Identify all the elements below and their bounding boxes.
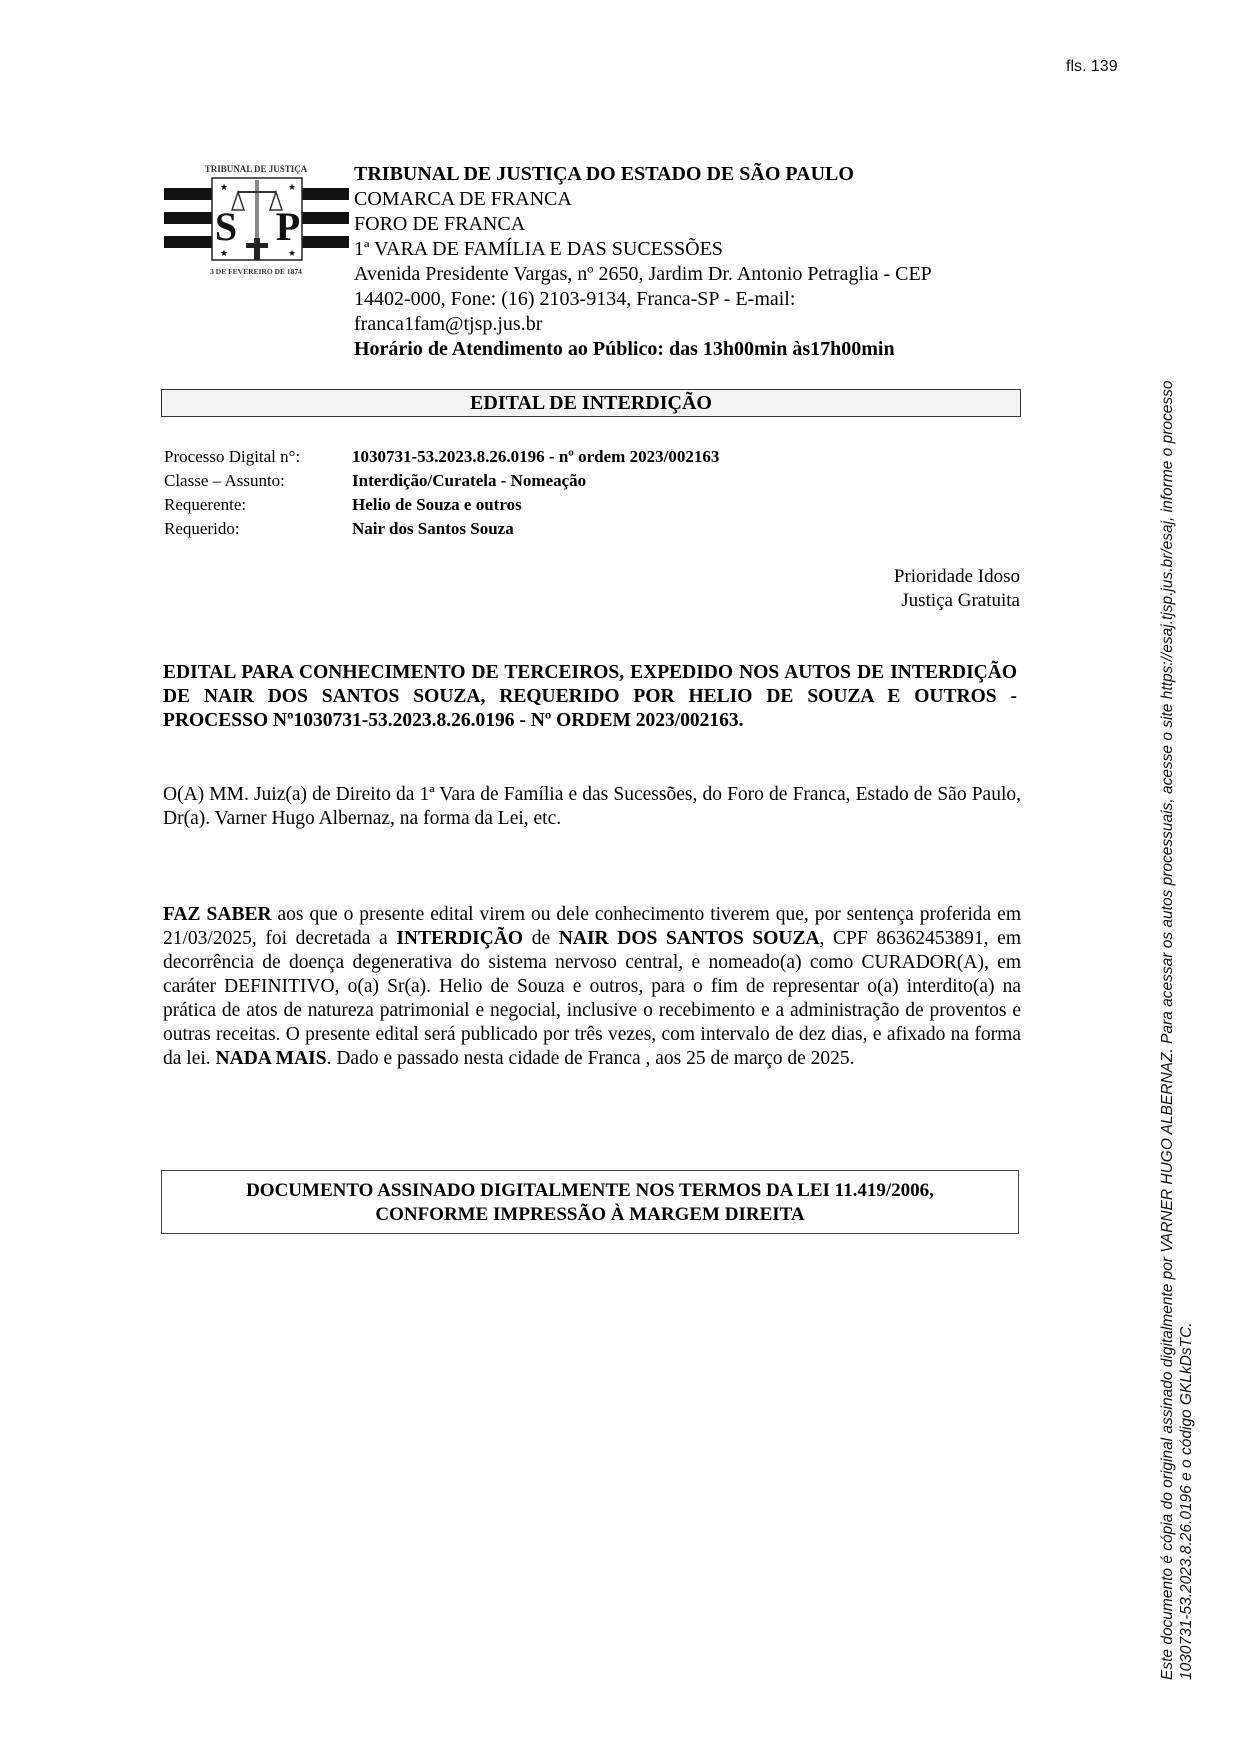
svg-text:★: ★ [288,182,296,192]
signature-line-2: CONFORME IMPRESSÃO À MARGEM DIREITA [162,1203,1018,1227]
tjsp-crest-icon: TRIBUNAL DE JUSTIÇA S P ★ ★ ★ ★ 3 DE FEV… [164,150,349,280]
edital-heading: EDITAL PARA CONHECIMENTO DE TERCEIROS, E… [163,661,1017,733]
case-info-row: Requerente: Helio de Souza e outros [164,493,719,517]
interdicao-word: INTERDIÇÃO [396,928,523,949]
case-info: Processo Digital n°: 1030731-53.2023.8.2… [164,445,719,541]
email: franca1fam@tjsp.jus.br [354,312,1014,337]
page-marker: fls. 139 [1066,58,1118,76]
court-name: TRIBUNAL DE JUSTIÇA DO ESTADO DE SÃO PAU… [354,162,1014,187]
margin-authentication-note: Este documento é cópia do original assin… [1158,240,1196,1680]
case-info-value: Interdição/Curatela - Nomeação [352,469,586,493]
body-paragraph: FAZ SABER aos que o presente edital vire… [163,903,1021,1071]
document-title: EDITAL DE INTERDIÇÃO [161,389,1021,417]
case-info-label: Processo Digital n°: [164,445,352,469]
foro: FORO DE FRANCA [354,212,1014,237]
logo-bottom-text: 3 DE FEVEREIRO DE 1874 [210,267,302,276]
signature-line-1: DOCUMENTO ASSINADO DIGITALMENTE NOS TERM… [162,1179,1018,1203]
address-line-1: Avenida Presidente Vargas, nº 2650, Jard… [354,262,1014,287]
vara: 1ª VARA DE FAMÍLIA E DAS SUCESSÕES [354,237,1014,262]
tjsp-logo: TRIBUNAL DE JUSTIÇA S P ★ ★ ★ ★ 3 DE FEV… [164,150,349,280]
flag-priority-elderly: Prioridade Idoso [800,565,1020,589]
case-info-label: Requerido: [164,517,352,541]
flag-free-justice: Justiça Gratuita [800,589,1020,613]
interdicted-name: NAIR DOS SANTOS SOUZA [559,928,820,949]
case-info-label: Classe – Assunto: [164,469,352,493]
nada-mais: NADA MAIS [216,1048,327,1069]
case-info-row: Processo Digital n°: 1030731-53.2023.8.2… [164,445,719,469]
case-info-label: Requerente: [164,493,352,517]
svg-text:★: ★ [288,248,296,258]
case-info-row: Requerido: Nair dos Santos Souza [164,517,719,541]
faz-saber: FAZ SABER [163,904,272,925]
court-header: TRIBUNAL DE JUSTIÇA DO ESTADO DE SÃO PAU… [354,162,1014,362]
comarca: COMARCA DE FRANCA [354,187,1014,212]
svg-text:★: ★ [220,248,228,258]
address-line-2: 14402-000, Fone: (16) 2103-9134, Franca-… [354,287,1014,312]
case-info-value: Helio de Souza e outros [352,493,522,517]
case-info-value: 1030731-53.2023.8.26.0196 - nº ordem 202… [352,445,719,469]
logo-top-text: TRIBUNAL DE JUSTIÇA [205,164,308,174]
margin-note-line-1: Este documento é cópia do original assin… [1158,240,1177,1680]
case-info-value: Nair dos Santos Souza [352,517,514,541]
public-hours: Horário de Atendimento ao Público: das 1… [354,337,1014,362]
svg-text:★: ★ [220,182,228,192]
intro-paragraph: O(A) MM. Juiz(a) de Direito da 1ª Vara d… [163,783,1021,831]
case-info-row: Classe – Assunto: Interdição/Curatela - … [164,469,719,493]
case-flags: Prioridade Idoso Justiça Gratuita [800,565,1020,613]
digital-signature-notice: DOCUMENTO ASSINADO DIGITALMENTE NOS TERM… [161,1170,1019,1234]
margin-note-line-2: 1030731-53.2023.8.26.0196 e o código GKL… [1177,240,1196,1680]
